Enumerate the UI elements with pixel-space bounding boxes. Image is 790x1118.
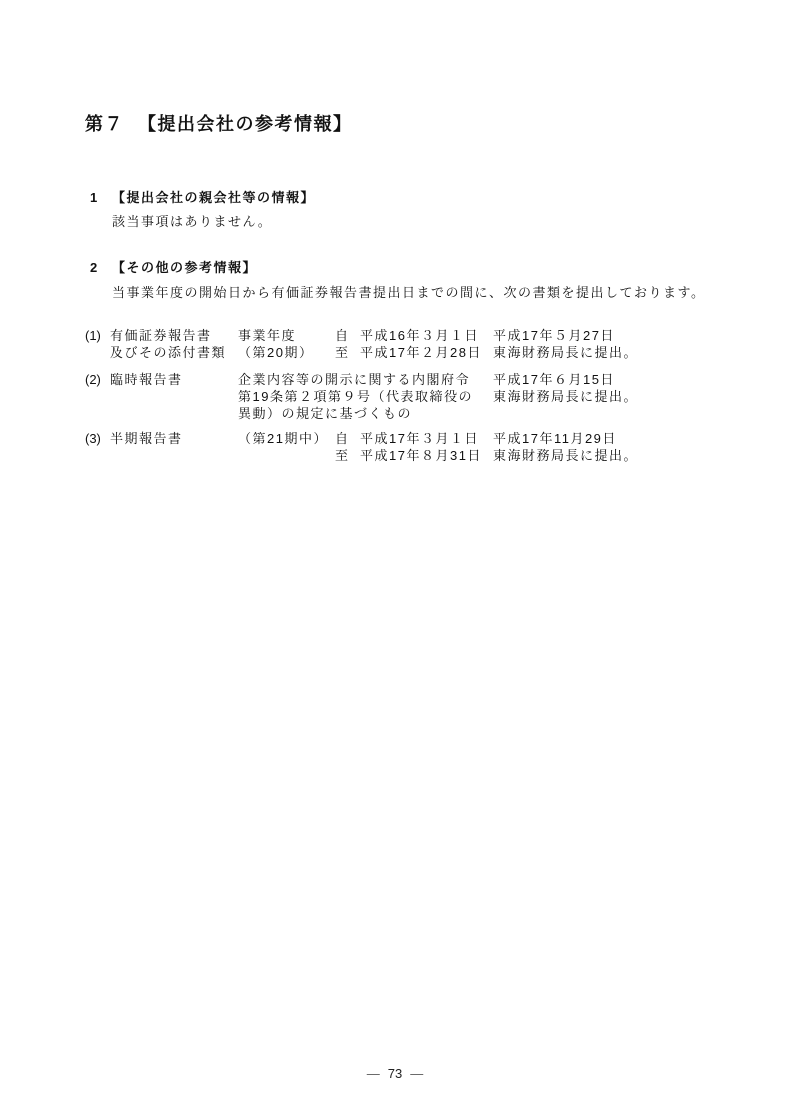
filing-row-1: (1) 有価証券報告書 及びその添付書類 事業年度 （第20期） 自平成16年３…: [85, 327, 645, 361]
filing-3-submission: 平成17年11月29日 東海財務局長に提出。: [493, 430, 645, 464]
range-to-date: 平成17年８月31日: [360, 448, 482, 463]
filing-2-number: (2): [85, 371, 110, 388]
range-to-label: 至: [335, 344, 360, 361]
range-from-date: 平成16年３月１日: [360, 328, 479, 343]
section-1-title: 【提出会社の親会社等の情報】: [112, 190, 315, 205]
filing-1-number: (1): [85, 327, 110, 344]
filing-1-name: 有価証券報告書 及びその添付書類: [110, 327, 238, 361]
range-to-date: 平成17年２月28日: [360, 345, 482, 360]
filing-1-submission: 平成17年５月27日 東海財務局長に提出。: [493, 327, 645, 361]
section-1-number: 1: [90, 190, 112, 205]
filing-1-date-range: 自平成16年３月１日 至平成17年２月28日: [335, 327, 493, 361]
filing-1-period: 事業年度 （第20期）: [238, 327, 335, 361]
page-footer: ―73―: [0, 1066, 790, 1081]
filing-3-number: (3): [85, 430, 110, 447]
range-to-label: 至: [335, 447, 360, 464]
filing-3-name: 半期報告書: [110, 430, 238, 447]
filing-row-3: (3) 半期報告書 （第21期中） 自平成17年３月１日 至平成17年８月31日…: [85, 430, 645, 464]
filing-3-date-range: 自平成17年３月１日 至平成17年８月31日: [335, 430, 493, 464]
section-2-title: 【その他の参考情報】: [112, 260, 257, 275]
title-label: 【提出会社の参考情報】: [138, 114, 353, 134]
range-from-label: 自: [335, 430, 360, 447]
filings-table: (1) 有価証券報告書 及びその添付書類 事業年度 （第20期） 自平成16年３…: [85, 327, 645, 464]
title-number: 第７: [85, 114, 124, 134]
section-2-number: 2: [90, 260, 112, 275]
page-title: 第７【提出会社の参考情報】: [85, 110, 353, 136]
filing-2-description: 企業内容等の開示に関する内閣府令 第19条第２項第９号（代表取締役の 異動）の規…: [238, 371, 493, 422]
footer-dash-left: ―: [367, 1066, 380, 1081]
section-2-heading: 2【その他の参考情報】: [90, 257, 257, 276]
filing-3-period: （第21期中）: [238, 430, 335, 447]
range-from-label: 自: [335, 327, 360, 344]
page-number: 73: [388, 1066, 402, 1081]
range-from-date: 平成17年３月１日: [360, 431, 479, 446]
document-page: 第７【提出会社の参考情報】 1【提出会社の親会社等の情報】 該当事項はありません…: [0, 0, 790, 1118]
filing-2-submission: 平成17年６月15日 東海財務局長に提出。: [493, 371, 645, 405]
section-1-body: 該当事項はありません。: [112, 211, 272, 230]
section-2-intro: 当事業年度の開始日から有価証券報告書提出日までの間に、次の書類を提出しております…: [112, 282, 705, 301]
section-1-heading: 1【提出会社の親会社等の情報】: [90, 187, 315, 206]
filing-2-name: 臨時報告書: [110, 371, 238, 388]
filing-row-2: (2) 臨時報告書 企業内容等の開示に関する内閣府令 第19条第２項第９号（代表…: [85, 371, 645, 422]
footer-dash-right: ―: [410, 1066, 423, 1081]
